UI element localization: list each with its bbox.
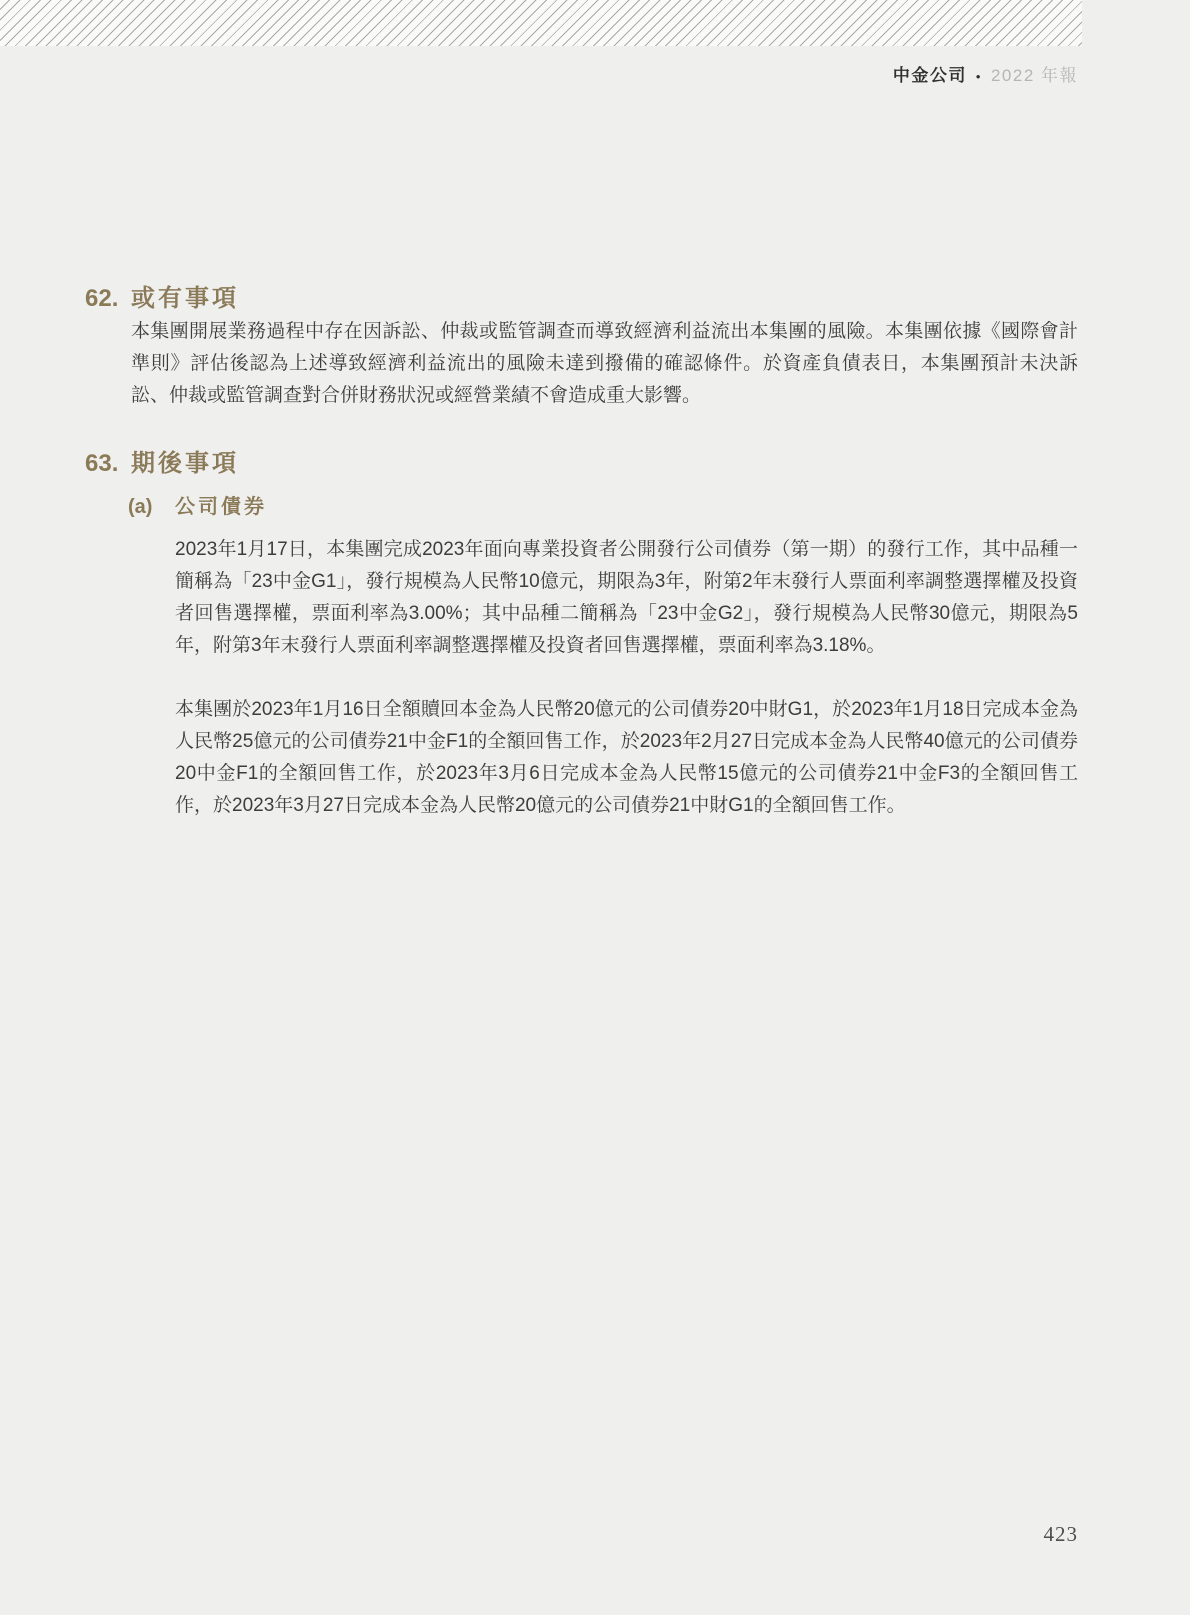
subsection-a-heading: (a) 公司債券 (128, 490, 267, 519)
subsection-a-title: 公司債券 (175, 490, 267, 519)
section-62-paragraph: 本集團開展業務過程中存在因訴訟、仲裁或監管調查而導致經濟利益流出本集團的風險。本… (131, 316, 1078, 412)
hatch-pattern-band (0, 0, 1082, 46)
section-63-heading: 63. 期後事項 (85, 443, 239, 478)
section-63-title: 期後事項 (131, 443, 239, 478)
company-name: 中金公司 (893, 66, 967, 85)
subsection-a-paragraph-1: 2023年1月17日，本集團完成2023年面向專業投資者公開發行公司債券（第一期… (175, 534, 1078, 662)
running-header: 中金公司•2022 年報 (893, 61, 1078, 86)
page-number: 423 (1044, 1522, 1079, 1547)
report-edition: 2022 年報 (991, 66, 1078, 85)
section-62-title: 或有事項 (131, 278, 239, 313)
section-63-number: 63. (85, 450, 131, 478)
document-page: 中金公司•2022 年報 62. 或有事項 本集團開展業務過程中存在因訴訟、仲裁… (0, 0, 1190, 1615)
subsection-a-paragraph-2: 本集團於2023年1月16日全額贖回本金為人民幣20億元的公司債券20中財G1，… (175, 694, 1078, 822)
section-62-heading: 62. 或有事項 (85, 278, 239, 313)
subsection-a-label: (a) (128, 496, 175, 519)
header-bullet-separator: • (976, 69, 982, 84)
section-62-number: 62. (85, 285, 131, 313)
